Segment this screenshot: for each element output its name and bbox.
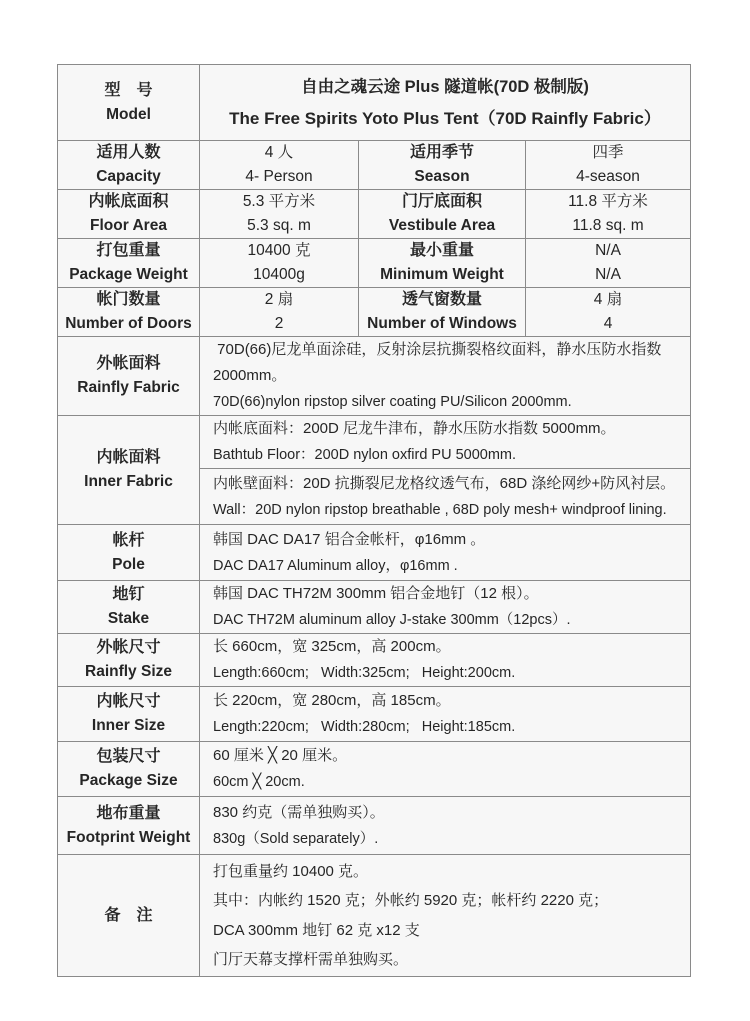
season-label-zh: 适用季节 bbox=[359, 141, 525, 165]
rainfly-size-label-en: Rainfly Size bbox=[58, 660, 199, 684]
inner-fabric-floor-en: Bathtub Floor：200D nylon oxfird PU 5000m… bbox=[213, 442, 682, 468]
season-value-cell: 四季 4-season bbox=[526, 141, 691, 190]
minimum-weight-label-cell: 最小重量 Minimum Weight bbox=[359, 239, 526, 288]
row-rainfly-fabric: 外帐面料 Rainfly Fabric 70D(66)尼龙单面涂硅，反射涂层抗撕… bbox=[58, 337, 691, 416]
footprint-label-en: Footprint Weight bbox=[58, 826, 199, 850]
doors-label-en: Number of Doors bbox=[58, 312, 199, 336]
package-weight-value-cell: 10400 克 10400g bbox=[200, 239, 359, 288]
minimum-weight-value-cell: N/A N/A bbox=[526, 239, 691, 288]
stake-label-zh: 地钉 bbox=[58, 583, 199, 607]
vestibule-label-zh: 门厅底面积 bbox=[359, 190, 525, 214]
package-size-label-cell: 包装尺寸 Package Size bbox=[58, 742, 200, 797]
row-rainfly-size: 外帐尺寸 Rainfly Size 长 660cm，宽 325cm，高 200c… bbox=[58, 634, 691, 687]
vestibule-value-en: 11.8 sq. m bbox=[526, 214, 690, 238]
vestibule-value-zh: 11.8 平方米 bbox=[526, 190, 690, 214]
model-value-cell: 自由之魂云途 Plus 隧道帐(70D 极制版) The Free Spirit… bbox=[200, 65, 691, 141]
pole-value-en: DAC DA17 Aluminum alloy，φ16mm . bbox=[213, 553, 682, 579]
season-label-cell: 适用季节 Season bbox=[359, 141, 526, 190]
minimum-weight-label-en: Minimum Weight bbox=[359, 263, 525, 287]
inner-fabric-label-cell: 内帐面料 Inner Fabric bbox=[58, 416, 200, 525]
rainfly-size-value-en: Length:660cm; Width:325cm; Height:200cm. bbox=[213, 660, 682, 686]
capacity-label-zh: 适用人数 bbox=[58, 141, 199, 165]
capacity-value-cell: 4 人 4- Person bbox=[200, 141, 359, 190]
floor-area-value-zh: 5.3 平方米 bbox=[200, 190, 358, 214]
package-size-value-en: 60cm ╳ 20cm. bbox=[213, 769, 682, 795]
package-size-value-zh: 60 厘米 ╳ 20 厘米。 bbox=[213, 743, 682, 769]
rainfly-fabric-value-cell: 70D(66)尼龙单面涂硅，反射涂层抗撕裂格纹面料，静水压防水指数 2000mm… bbox=[200, 337, 691, 416]
inner-size-label-cell: 内帐尺寸 Inner Size bbox=[58, 687, 200, 742]
inner-size-label-zh: 内帐尺寸 bbox=[58, 690, 199, 714]
rainfly-size-value-zh: 长 660cm，宽 325cm，高 200cm。 bbox=[213, 634, 682, 660]
row-notes: 备 注 打包重量约 10400 克。 其中：内帐约 1520 克；外帐约 592… bbox=[58, 855, 691, 977]
package-weight-label-en: Package Weight bbox=[58, 263, 199, 287]
doors-value-zh: 2 扇 bbox=[200, 288, 358, 312]
package-size-label-zh: 包装尺寸 bbox=[58, 745, 199, 769]
pole-value-cell: 韩国 DAC DA17 铝合金帐杆，φ16mm 。 DAC DA17 Alumi… bbox=[200, 525, 691, 581]
row-stake: 地钉 Stake 韩国 DAC TH72M 300mm 铝合金地钉（12 根）。… bbox=[58, 581, 691, 634]
stake-value-zh: 韩国 DAC TH72M 300mm 铝合金地钉（12 根）。 bbox=[213, 581, 682, 607]
floor-area-label-en: Floor Area bbox=[58, 214, 199, 238]
model-label-en: Model bbox=[58, 103, 199, 127]
rainfly-size-label-zh: 外帐尺寸 bbox=[58, 636, 199, 660]
footprint-value-zh: 830 约克（需单独购买）。 bbox=[213, 800, 682, 826]
vestibule-label-en: Vestibule Area bbox=[359, 214, 525, 238]
season-value-zh: 四季 bbox=[526, 141, 690, 165]
doors-label-cell: 帐门数量 Number of Doors bbox=[58, 288, 200, 337]
package-size-label-en: Package Size bbox=[58, 769, 199, 793]
pole-label-zh: 帐杆 bbox=[58, 529, 199, 553]
package-weight-value-zh: 10400 克 bbox=[200, 239, 358, 263]
model-label-zh: 型 号 bbox=[58, 79, 199, 103]
footprint-label-zh: 地布重量 bbox=[58, 802, 199, 826]
row-package-size: 包装尺寸 Package Size 60 厘米 ╳ 20 厘米。 60cm ╳ … bbox=[58, 742, 691, 797]
stake-value-cell: 韩国 DAC TH72M 300mm 铝合金地钉（12 根）。 DAC TH72… bbox=[200, 581, 691, 634]
footprint-value-en: 830g（Sold separately）. bbox=[213, 826, 682, 852]
rainfly-fabric-label-cell: 外帐面料 Rainfly Fabric bbox=[58, 337, 200, 416]
doors-value-cell: 2 扇 2 bbox=[200, 288, 359, 337]
capacity-value-en: 4- Person bbox=[200, 165, 358, 189]
inner-fabric-wall-en: Wall：20D nylon ripstop breathable , 68D … bbox=[213, 497, 682, 523]
model-value-en: The Free Spirits Yoto Plus Tent（70D Rain… bbox=[200, 103, 690, 134]
capacity-value-zh: 4 人 bbox=[200, 141, 358, 165]
model-value-zh: 自由之魂云途 Plus 隧道帐(70D 极制版) bbox=[200, 72, 690, 103]
package-size-value-cell: 60 厘米 ╳ 20 厘米。 60cm ╳ 20cm. bbox=[200, 742, 691, 797]
row-footprint-weight: 地布重量 Footprint Weight 830 约克（需单独购买）。 830… bbox=[58, 797, 691, 855]
footprint-label-cell: 地布重量 Footprint Weight bbox=[58, 797, 200, 855]
inner-fabric-floor-zh: 内帐底面料：200D 尼龙牛津布，静水压防水指数 5000mm。 bbox=[213, 416, 682, 442]
pole-label-en: Pole bbox=[58, 553, 199, 577]
minimum-weight-label-zh: 最小重量 bbox=[359, 239, 525, 263]
stake-label-cell: 地钉 Stake bbox=[58, 581, 200, 634]
footprint-value-cell: 830 约克（需单独购买）。 830g（Sold separately）. bbox=[200, 797, 691, 855]
row-doors-windows: 帐门数量 Number of Doors 2 扇 2 透气窗数量 Number … bbox=[58, 288, 691, 337]
package-weight-label-cell: 打包重量 Package Weight bbox=[58, 239, 200, 288]
doors-label-zh: 帐门数量 bbox=[58, 288, 199, 312]
floor-area-label-cell: 内帐底面积 Floor Area bbox=[58, 190, 200, 239]
inner-fabric-wall-cell: 内帐壁面料：20D 抗撕裂尼龙格纹透气布，68D 涤纶网纱+防风衬层。 Wall… bbox=[200, 469, 691, 525]
floor-area-label-zh: 内帐底面积 bbox=[58, 190, 199, 214]
row-inner-fabric-floor: 内帐面料 Inner Fabric 内帐底面料：200D 尼龙牛津布，静水压防水… bbox=[58, 416, 691, 469]
notes-line-2: 其中：内帐约 1520 克；外帐约 5920 克；帐杆约 2220 克； bbox=[213, 886, 682, 916]
notes-line-4: 门厅天幕支撑杆需单独购买。 bbox=[213, 945, 682, 975]
inner-size-label-en: Inner Size bbox=[58, 714, 199, 738]
stake-value-en: DAC TH72M aluminum alloy J-stake 300mm（1… bbox=[213, 607, 682, 633]
row-package-minimum-weight: 打包重量 Package Weight 10400 克 10400g 最小重量 … bbox=[58, 239, 691, 288]
stake-label-en: Stake bbox=[58, 607, 199, 631]
row-pole: 帐杆 Pole 韩国 DAC DA17 铝合金帐杆，φ16mm 。 DAC DA… bbox=[58, 525, 691, 581]
tent-spec-table: 型 号 Model 自由之魂云途 Plus 隧道帐(70D 极制版) The F… bbox=[57, 64, 691, 977]
windows-value-cell: 4 扇 4 bbox=[526, 288, 691, 337]
inner-fabric-label-zh: 内帐面料 bbox=[58, 446, 199, 470]
inner-size-value-cell: 长 220cm，宽 280cm，高 185cm。 Length:220cm; W… bbox=[200, 687, 691, 742]
package-weight-value-en: 10400g bbox=[200, 263, 358, 287]
notes-label-cell: 备 注 bbox=[58, 855, 200, 977]
pole-label-cell: 帐杆 Pole bbox=[58, 525, 200, 581]
notes-line-3: DCA 300mm 地钉 62 克 x12 支 bbox=[213, 916, 682, 946]
pole-value-zh: 韩国 DAC DA17 铝合金帐杆，φ16mm 。 bbox=[213, 527, 682, 553]
windows-label-zh: 透气窗数量 bbox=[359, 288, 525, 312]
capacity-label-en: Capacity bbox=[58, 165, 199, 189]
package-weight-label-zh: 打包重量 bbox=[58, 239, 199, 263]
windows-label-cell: 透气窗数量 Number of Windows bbox=[359, 288, 526, 337]
rainfly-size-value-cell: 长 660cm，宽 325cm，高 200cm。 Length:660cm; W… bbox=[200, 634, 691, 687]
inner-fabric-label-en: Inner Fabric bbox=[58, 470, 199, 494]
rainfly-fabric-label-zh: 外帐面料 bbox=[58, 352, 199, 376]
inner-fabric-floor-cell: 内帐底面料：200D 尼龙牛津布，静水压防水指数 5000mm。 Bathtub… bbox=[200, 416, 691, 469]
capacity-label-cell: 适用人数 Capacity bbox=[58, 141, 200, 190]
season-value-en: 4-season bbox=[526, 165, 690, 189]
inner-size-value-zh: 长 220cm，宽 280cm，高 185cm。 bbox=[213, 688, 682, 714]
vestibule-label-cell: 门厅底面积 Vestibule Area bbox=[359, 190, 526, 239]
row-capacity-season: 适用人数 Capacity 4 人 4- Person 适用季节 Season … bbox=[58, 141, 691, 190]
row-inner-size: 内帐尺寸 Inner Size 长 220cm，宽 280cm，高 185cm。… bbox=[58, 687, 691, 742]
windows-value-zh: 4 扇 bbox=[526, 288, 690, 312]
minimum-weight-value-en: N/A bbox=[526, 263, 690, 287]
inner-size-value-en: Length:220cm; Width:280cm; Height:185cm. bbox=[213, 714, 682, 740]
floor-area-value-cell: 5.3 平方米 5.3 sq. m bbox=[200, 190, 359, 239]
windows-label-en: Number of Windows bbox=[359, 312, 525, 336]
notes-line-1: 打包重量约 10400 克。 bbox=[213, 857, 682, 887]
rainfly-fabric-label-en: Rainfly Fabric bbox=[58, 376, 199, 400]
row-model: 型 号 Model 自由之魂云途 Plus 隧道帐(70D 极制版) The F… bbox=[58, 65, 691, 141]
inner-fabric-wall-zh: 内帐壁面料：20D 抗撕裂尼龙格纹透气布，68D 涤纶网纱+防风衬层。 bbox=[213, 471, 682, 497]
notes-label-zh: 备 注 bbox=[58, 904, 199, 928]
doors-value-en: 2 bbox=[200, 312, 358, 336]
floor-area-value-en: 5.3 sq. m bbox=[200, 214, 358, 238]
vestibule-value-cell: 11.8 平方米 11.8 sq. m bbox=[526, 190, 691, 239]
season-label-en: Season bbox=[359, 165, 525, 189]
rainfly-size-label-cell: 外帐尺寸 Rainfly Size bbox=[58, 634, 200, 687]
notes-value-cell: 打包重量约 10400 克。 其中：内帐约 1520 克；外帐约 5920 克；… bbox=[200, 855, 691, 977]
rainfly-fabric-value-en: 70D(66)nylon ripstop silver coating PU/S… bbox=[213, 389, 682, 415]
rainfly-fabric-value-zh: 70D(66)尼龙单面涂硅，反射涂层抗撕裂格纹面料，静水压防水指数 2000mm… bbox=[213, 337, 682, 389]
row-floor-vestibule: 内帐底面积 Floor Area 5.3 平方米 5.3 sq. m 门厅底面积… bbox=[58, 190, 691, 239]
model-label-cell: 型 号 Model bbox=[58, 65, 200, 141]
minimum-weight-value-zh: N/A bbox=[526, 239, 690, 263]
windows-value-en: 4 bbox=[526, 312, 690, 336]
